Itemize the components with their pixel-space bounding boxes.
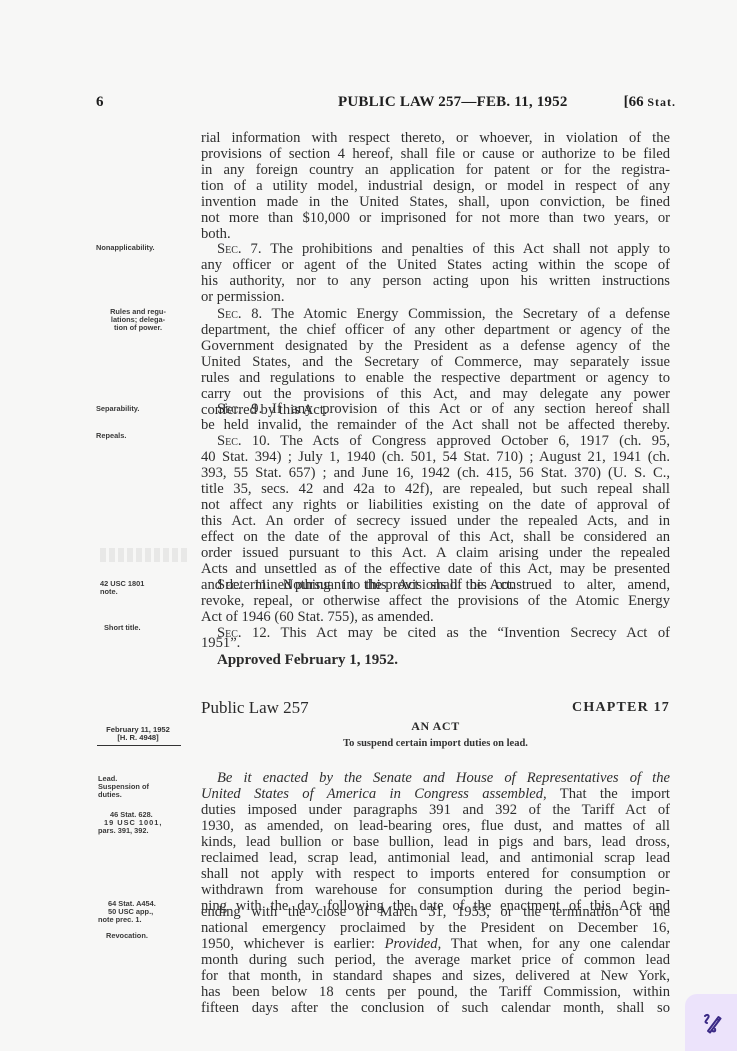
body-line: fifteen days after the conclusion of suc… (201, 1001, 670, 1016)
margin-note-short-title: Short title. (104, 624, 209, 632)
body-line: duties imposed under paragraphs 391 and … (201, 803, 670, 818)
body-line: department, the chief officer of any oth… (201, 323, 670, 338)
margin-note-rules: Rules and regu- lations; delega- tion of… (96, 308, 180, 332)
body-line: 393, 55 Stat. 657) ; and June 16, 1942 (… (201, 466, 670, 481)
body-line: rial information with respect thereto, o… (201, 131, 670, 146)
body-line: 1951”. (201, 636, 670, 651)
body-line: this Act. An order of secrecy issued und… (201, 514, 670, 529)
line-text: , That the import (543, 786, 670, 802)
section-7-first-line: Sec. 7. The prohibitions and penalties o… (201, 242, 670, 257)
body-line: has been below 18 cents per pound, the T… (201, 985, 670, 1000)
body-line: or permission. (201, 290, 670, 305)
act-purpose: To suspend certain import duties on lead… (201, 738, 670, 749)
body-line: Acts and unsettled as of the effective d… (201, 562, 670, 577)
body-line: tion of a utility model, industrial desi… (201, 179, 670, 194)
margin-note-line: tion of power. (96, 324, 180, 332)
provided-italic: Provided (385, 936, 438, 952)
body-line: withdrawn from warehouse for consumption… (201, 883, 670, 898)
running-head-title: PUBLIC LAW 257—FEB. 11, 1952 (338, 94, 568, 111)
page-number: 6 (96, 94, 104, 111)
pen-scribble-icon (699, 1011, 723, 1035)
enacting-clause-line-2: United States of America in Congress ass… (201, 787, 670, 802)
stat-prefix: [66 (624, 94, 648, 110)
section-9-first-line: Sec. 9. If any provision of this Act or … (201, 402, 670, 417)
section-11-first-line: Sec. 11. Nothing in this Act shall be co… (201, 578, 670, 593)
body-line: provisions of section 4 hereof, shall fi… (201, 147, 670, 162)
body-line: United States, and the Secretary of Comm… (201, 355, 670, 370)
bill-number: [H. R. 4948] (96, 734, 180, 742)
margin-note-line: pars. 391, 392. (98, 827, 203, 835)
body-line: rules and regulations to enable the resp… (201, 371, 670, 386)
body-line: not affect any rights or liabilities exi… (201, 498, 670, 513)
body-line: Act of 1946 (60 Stat. 755), as amended. (201, 610, 670, 625)
section-label: Sec. 11. (217, 577, 271, 593)
chapter-label: CHAPTER 17 (572, 700, 670, 716)
stat-label: Stat. (647, 95, 676, 109)
body-line: not more than $10,000 or imprisoned for … (201, 211, 670, 226)
body-line: 40 Stat. 394) ; July 1, 1940 (ch. 501, 5… (201, 450, 670, 465)
body-line: national emergency proclaimed by the Pre… (201, 921, 670, 936)
section-label: Sec. 7. (217, 241, 262, 257)
body-line: his authority, nor to any person acting … (201, 274, 670, 289)
line-text: Nothing in this Act shall be construed t… (271, 577, 670, 593)
document-page: 6 PUBLIC LAW 257—FEB. 11, 1952 [66 Stat.… (0, 0, 737, 1051)
body-line: title 35, secs. 42 and 42a to 42f), are … (201, 482, 670, 497)
body-line: reclaimed lead, scrap lead, antimonial l… (201, 851, 670, 866)
section-label: Sec. 8. (217, 306, 262, 322)
margin-note-revocation: Revocation. (106, 932, 211, 940)
body-line: order issued pursuant to this Act. A cla… (201, 546, 670, 561)
public-law-title: Public Law 257 (201, 698, 309, 718)
faint-bleedthrough (100, 548, 190, 562)
enactment-date-note: February 11, 1952 [H. R. 4948] (96, 726, 180, 742)
body-line: revoke, repeal, or otherwise affect the … (201, 594, 670, 609)
body-line: ending with the close of March 31, 1953,… (201, 905, 670, 920)
line-text: The prohibitions and penalties of this A… (262, 241, 671, 257)
enacting-italic: United States of America in Congress ass… (201, 786, 543, 802)
body-line: for that month, in standard shapes and s… (201, 969, 670, 984)
annotate-button[interactable] (685, 994, 737, 1051)
margin-note-line: note. (100, 588, 205, 596)
enacting-clause-line-1: Be it enacted by the Senate and House of… (201, 771, 670, 786)
an-act-heading: AN ACT (201, 719, 670, 734)
line-text: If any provision of this Act or of any s… (262, 401, 670, 417)
margin-note-nonapplicability: Nonapplicability. (96, 244, 201, 252)
section-8-first-line: Sec. 8. The Atomic Energy Commission, th… (201, 307, 670, 322)
date-note-rule (97, 745, 181, 746)
margin-note-line: duties. (98, 791, 203, 799)
margin-note-repeals: Repeals. (96, 432, 201, 440)
body-line: month during such period, the average ma… (201, 953, 670, 968)
body-line: in any foreign country an application fo… (201, 163, 670, 178)
running-head: 6 PUBLIC LAW 257—FEB. 11, 1952 [66 Stat. (96, 94, 676, 114)
body-line: be held invalid, the remainder of the Ac… (201, 418, 670, 433)
section-10-first-line: Sec. 10. The Acts of Congress approved O… (201, 434, 670, 449)
margin-note-citations-2: 64 Stat. A454. 50 USC app., note prec. 1… (98, 900, 203, 924)
line-text: The Atomic Energy Commission, the Secret… (262, 306, 670, 322)
line-text: , That when, for any one calendar (438, 936, 670, 952)
body-line: invention made in the United States, sha… (201, 195, 670, 210)
body-line: 1930, as amended, on lead-bearing ores, … (201, 819, 670, 834)
margin-note-separability: Separability. (96, 405, 201, 413)
body-line: any officer or agent of the United State… (201, 258, 670, 273)
approved-date: Approved February 1, 1952. (217, 652, 398, 669)
body-line: Government designated by the President a… (201, 339, 670, 354)
stat-reference: [66 Stat. (624, 94, 676, 111)
body-line: effect on the date of the approval of th… (201, 530, 670, 545)
margin-note-42-usc: 42 USC 1801 note. (100, 580, 205, 596)
margin-note-line: note prec. 1. (98, 916, 203, 924)
provided-line: 1950, whichever is earlier: Provided, Th… (201, 937, 670, 952)
body-line: shall not apply with respect to imports … (201, 867, 670, 882)
section-label: Sec. 9. (217, 401, 262, 417)
line-text: 1950, whichever is earlier: (201, 936, 385, 952)
public-law-heading: Public Law 257 CHAPTER 17 (201, 698, 670, 718)
margin-note-citations-1: 46 Stat. 628. 19 USC 1001, pars. 391, 39… (98, 811, 203, 835)
body-line: kinds, lead bullion or base bullion, lea… (201, 835, 670, 850)
section-label: Sec. 10. (217, 433, 270, 449)
body-line: carry out the provisions of this Act, an… (201, 387, 670, 402)
line-text: The Acts of Congress approved October 6,… (270, 433, 670, 449)
body-line: both. (201, 227, 670, 242)
margin-note-lead: Lead. Suspension of duties. (98, 775, 203, 799)
